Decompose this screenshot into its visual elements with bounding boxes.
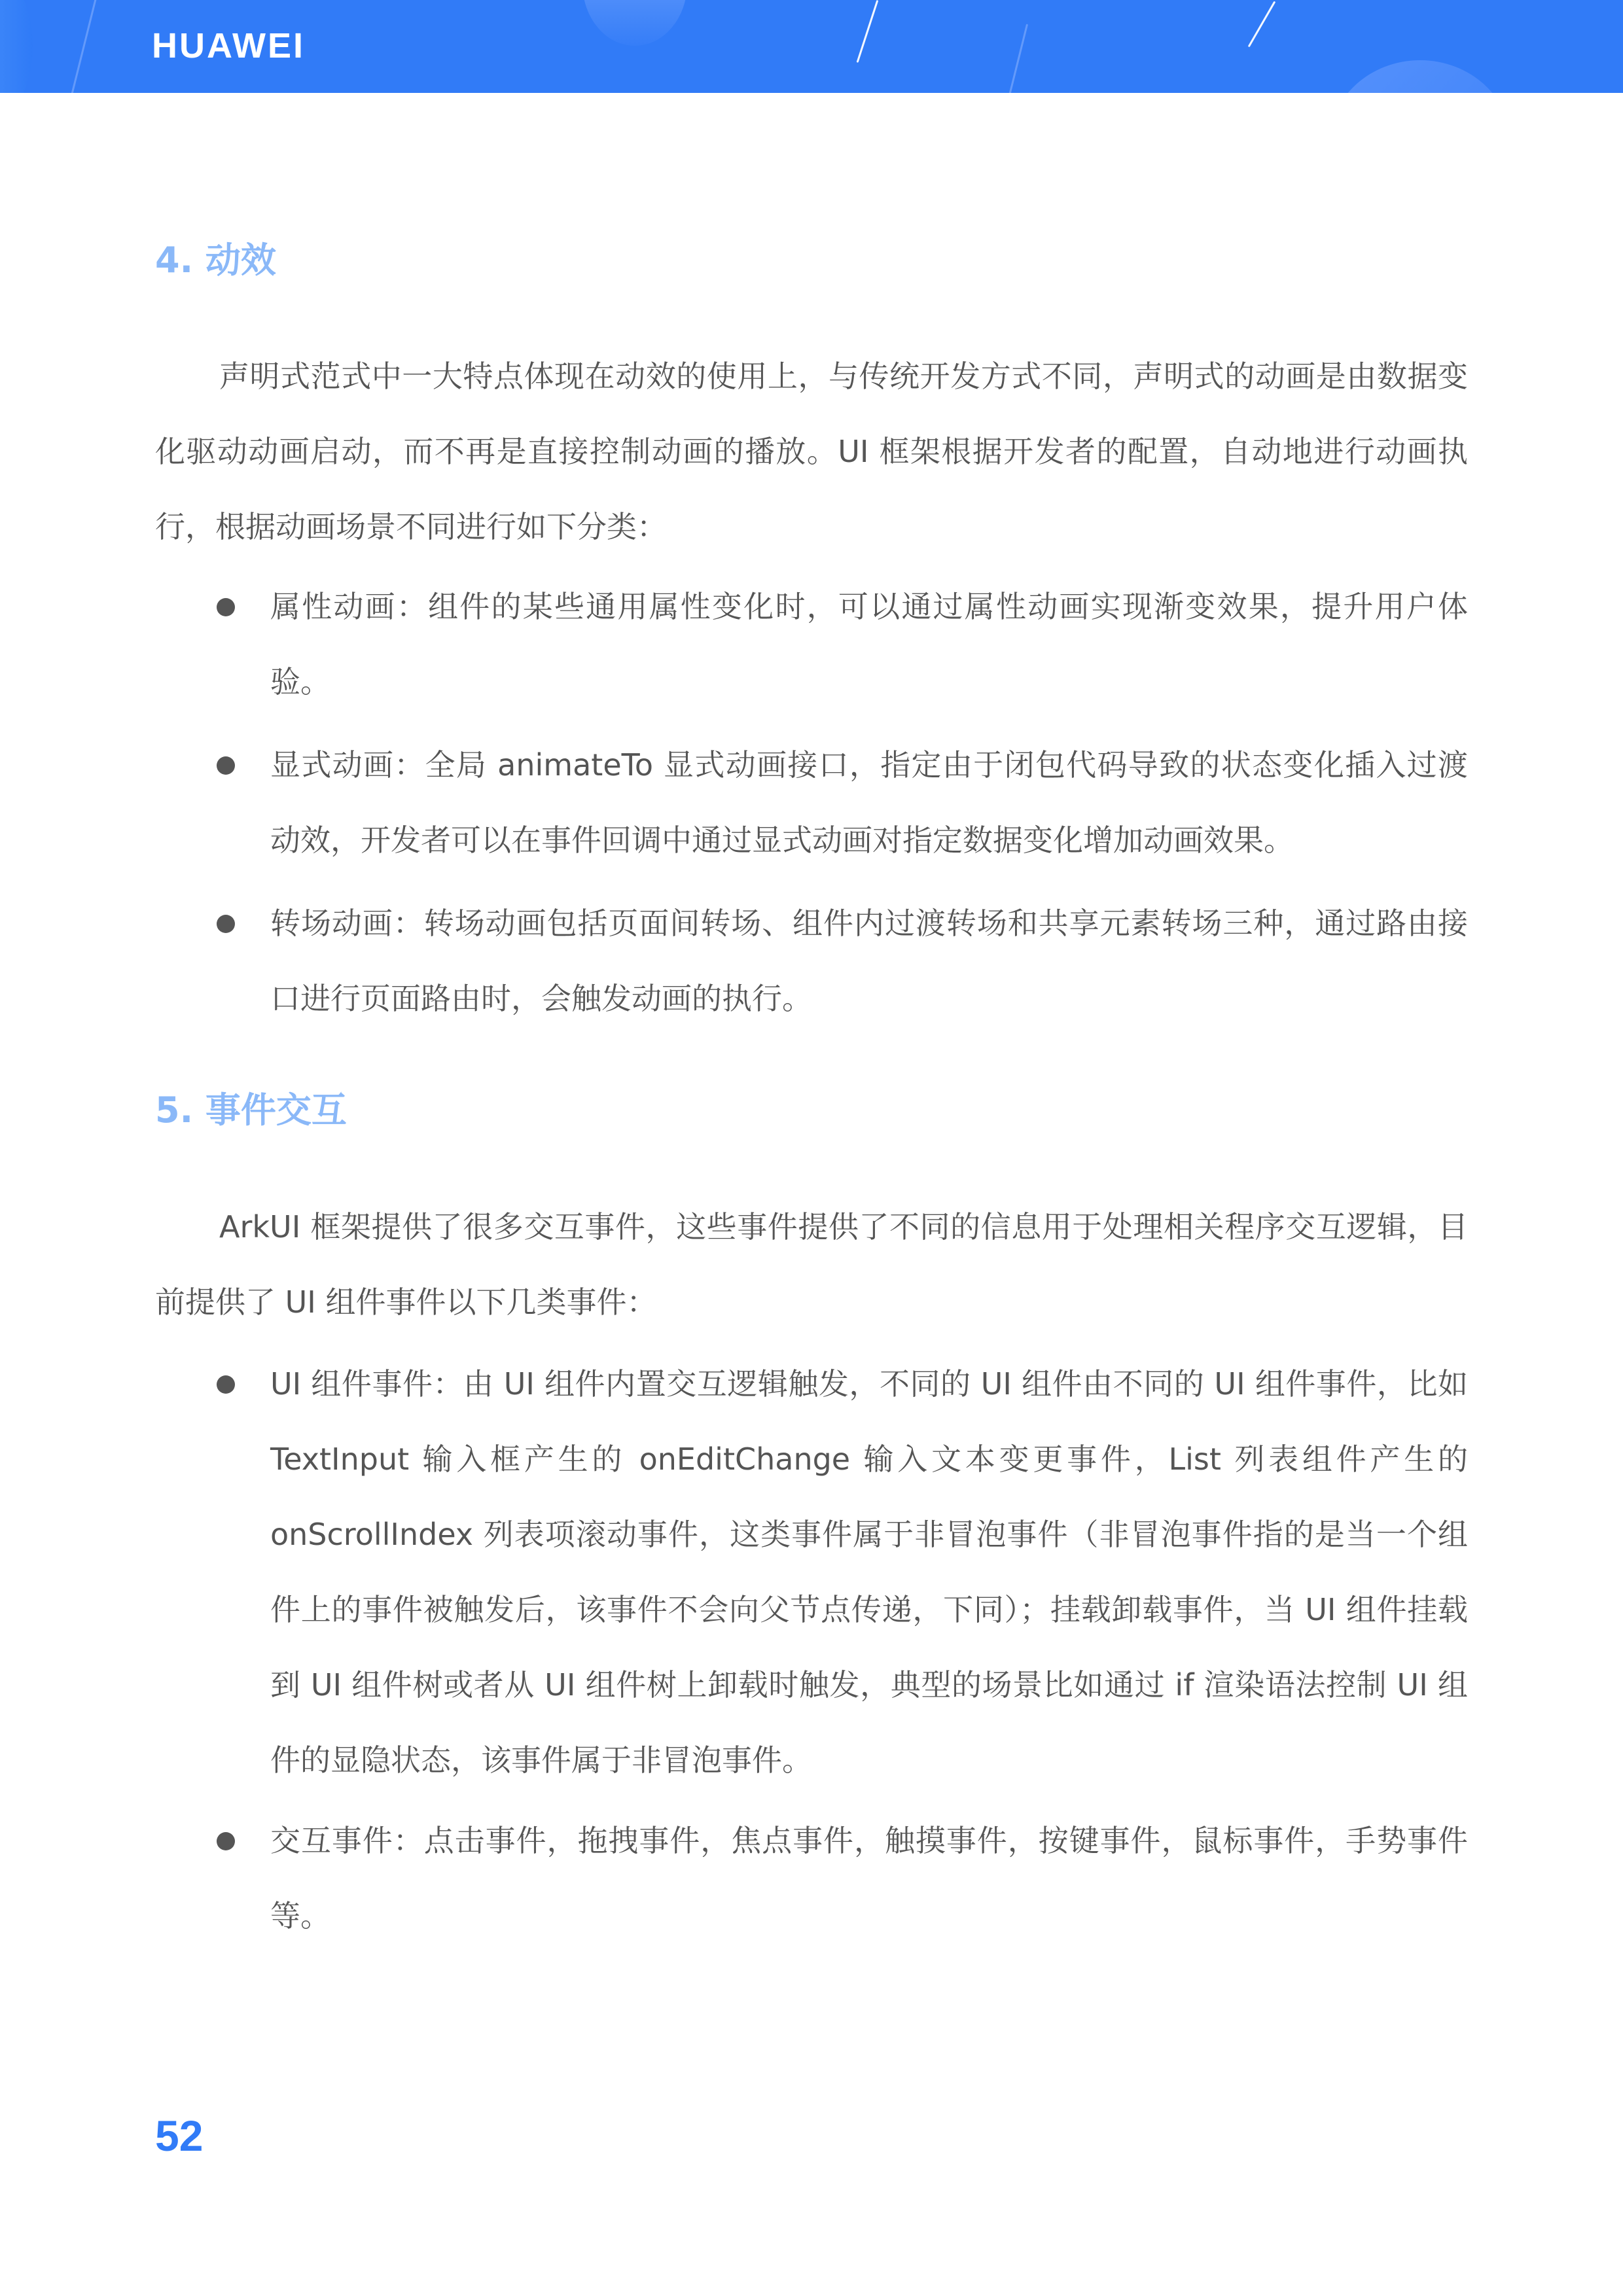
bullet-icon bbox=[217, 756, 235, 775]
banner-decoration-line bbox=[1009, 24, 1029, 93]
header-banner: HUAWEI bbox=[0, 0, 1623, 93]
section-heading-event-interaction: 5. 事件交互 bbox=[155, 1089, 347, 1131]
huawei-logo: HUAWEI bbox=[152, 26, 305, 65]
section-paragraph-animation: 声明式范式中一大特点体现在动效的使用上，与传统开发方式不同，声明式的动画是由数据… bbox=[155, 339, 1468, 565]
banner-decoration-line bbox=[71, 0, 97, 93]
bullet-icon bbox=[217, 1832, 235, 1850]
banner-decoration-line bbox=[857, 0, 879, 63]
list-item-text: UI 组件事件：由 UI 组件内置交互逻辑触发，不同的 UI 组件由不同的 UI… bbox=[270, 1347, 1468, 1798]
section-paragraph-event-interaction: ArkUI 框架提供了很多交互事件，这些事件提供了不同的信息用于处理相关程序交互… bbox=[155, 1190, 1468, 1340]
list-item-text: 交互事件：点击事件，拖拽事件，焦点事件，触摸事件，按键事件，鼠标事件，手势事件等… bbox=[270, 1803, 1468, 1954]
section-heading-animation: 4. 动效 bbox=[155, 239, 276, 281]
page-number: 52 bbox=[155, 2111, 203, 2161]
list-item-text: 转场动画：转场动画包括页面间转场、组件内过渡转场和共享元素转场三种，通过路由接口… bbox=[270, 886, 1468, 1036]
banner-decoration-glow bbox=[0, 0, 33, 93]
banner-decoration-blob-top bbox=[582, 0, 687, 46]
bullet-icon bbox=[217, 598, 235, 616]
bullet-icon bbox=[217, 915, 235, 933]
list-item-text: 属性动画：组件的某些通用属性变化时，可以通过属性动画实现渐变效果，提升用户体验。 bbox=[270, 569, 1468, 720]
bullet-icon bbox=[217, 1375, 235, 1394]
banner-decoration-blob-bottom bbox=[1329, 60, 1512, 93]
banner-decoration-line bbox=[1248, 1, 1276, 47]
list-item-text: 显式动画：全局 animateTo 显式动画接口，指定由于闭包代码导致的状态变化… bbox=[270, 728, 1468, 878]
